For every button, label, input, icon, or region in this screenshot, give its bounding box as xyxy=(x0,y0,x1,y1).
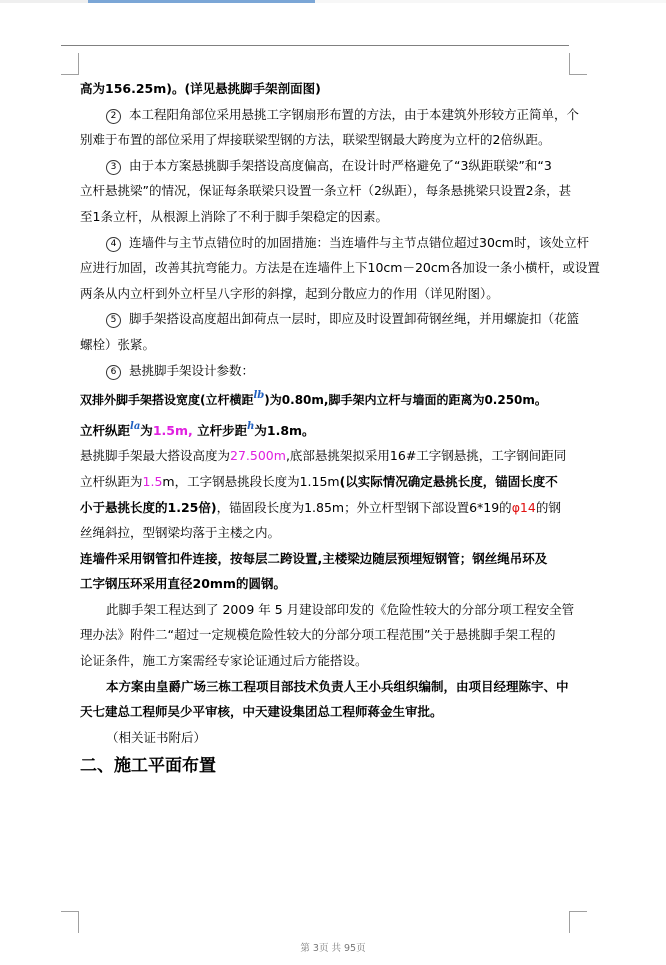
margin-corner-top-left xyxy=(61,53,79,75)
page-number: 第 3页 共 95页 xyxy=(0,940,666,954)
margin-corner-top-right xyxy=(569,53,587,75)
symbol-la: la xyxy=(130,421,140,432)
paragraph-8-line: 论证条件，施工方案需经专家论证通过后方能搭设。 xyxy=(80,648,585,674)
paragraph-9-line: 天七建总工程师吴少平审核，中天建设集团总工程师蒋金生审批。 xyxy=(80,699,585,725)
param-row-height: 悬挑脚手架最大搭设高度为27.500m,底部悬挑架拟采用16#工字钢悬挑，工字钢… xyxy=(80,443,585,469)
header-rule xyxy=(61,45,569,46)
circled-number: 3 xyxy=(106,160,121,175)
circled-number: 6 xyxy=(106,365,121,380)
paragraph-5: 5脚手架搭设高度超出卸荷点一层时，即应及时设置卸荷钢丝绳，并用螺旋扣（花篮 xyxy=(80,306,585,332)
paragraph-2: 2本工程阳角部位采用悬挑工字钢扇形布置的方法，由于本建筑外形较方正简单，个 xyxy=(80,102,585,128)
param-row-spacing: 立杆纵距la为1.5m, 立杆步距h为1.8m。 xyxy=(80,414,585,444)
paragraph-8-line: 此脚手架工程达到了 2009 年 5 月建设部印发的《危险性较大的分部分项工程安… xyxy=(80,597,585,623)
load-progress-bar xyxy=(88,0,315,3)
highlight-value: 1.5 xyxy=(143,474,163,489)
highlight-diameter: φ14 xyxy=(512,500,536,515)
paragraph-6-title: 6悬挑脚手架设计参数： xyxy=(80,358,585,384)
paragraph-3-line: 立杆悬挑梁”的情况，保证每条联梁只设置一条立杆（2纵距），每条悬挑梁只设置2条，… xyxy=(80,178,585,204)
attachment-note: （相关证书附后） xyxy=(80,725,585,751)
paragraph-7-line: 连墙件采用钢管扣件连接，按每层二跨设置,主楼梁边随层预埋短钢管；钢丝绳吊环及 xyxy=(80,546,585,572)
paragraph-5-line: 螺栓）张紧。 xyxy=(80,332,585,358)
document-page: 高为156.25m)。(详见悬挑脚手架剖面图) 2本工程阳角部位采用悬挑工字钢扇… xyxy=(80,76,585,780)
param-row-anchor: 小于悬挑长度的1.25倍)，锚固段长度为1.85m；外立杆型钢下部设置6*19的… xyxy=(80,495,585,521)
circled-number: 4 xyxy=(106,237,121,252)
margin-corner-bottom-left xyxy=(61,911,79,933)
paragraph-7-line: 工字钢压环采用直径20mm的圆钢。 xyxy=(80,571,585,597)
paragraph-9-line: 本方案由皇爵广场三栋工程项目部技术负责人王小兵组织编制，由项目经理陈宇、中 xyxy=(80,674,585,700)
section-heading: 二、施工平面布置 xyxy=(80,752,585,780)
paragraph-4-line: 应进行加固，改善其抗弯能力。方法是在连墙件上下10cm－20cm各加设一条小横杆… xyxy=(80,255,585,281)
highlight-value: 27.500m xyxy=(230,448,286,463)
param-row-width: 双排外脚手架搭设宽度(立杆横距lb)为0.80m,脚手架内立杆与墙面的距离为0.… xyxy=(80,383,585,414)
circled-number: 2 xyxy=(106,109,121,124)
circled-number: 5 xyxy=(106,313,121,328)
paragraph-4-line: 两条从内立杆到外立杆呈八字形的斜撑，起到分散应力的作用（详见附图）。 xyxy=(80,281,585,307)
paragraph-3: 3由于本方案悬挑脚手架搭设高度偏高，在设计时严格避免了“3纵距联梁”和“3 xyxy=(80,153,585,179)
symbol-lb: lb xyxy=(254,390,265,401)
paragraph-2-line: 别难于布置的部位采用了焊接联梁型钢的方法，联梁型钢最大跨度为立杆的2倍纵距。 xyxy=(80,127,585,153)
paragraph-continuation: 高为156.25m)。(详见悬挑脚手架剖面图) xyxy=(80,76,585,102)
toolbar-strip-right xyxy=(315,0,666,3)
highlight-value: 1.5m, xyxy=(153,423,193,438)
param-row-cable: 丝绳斜拉，型钢梁均落于主楼之内。 xyxy=(80,520,585,546)
margin-corner-bottom-right xyxy=(569,911,587,933)
param-row-cantilever: 立杆纵距为1.5m，工字钢悬挑段长度为1.15m(以实际情况确定悬挑长度，锚固长… xyxy=(80,469,585,495)
toolbar-strip xyxy=(0,0,88,3)
paragraph-4: 4连墙件与主节点错位时的加固措施：当连墙件与主节点错位超过30cm时，该处立杆 xyxy=(80,230,585,256)
paragraph-8-line: 理办法》附件二“超过一定规模危险性较大的分部分项工程范围”关于悬挑脚手架工程的 xyxy=(80,622,585,648)
paragraph-3-line: 至1条立杆，从根源上消除了不利于脚手架稳定的因素。 xyxy=(80,204,585,230)
